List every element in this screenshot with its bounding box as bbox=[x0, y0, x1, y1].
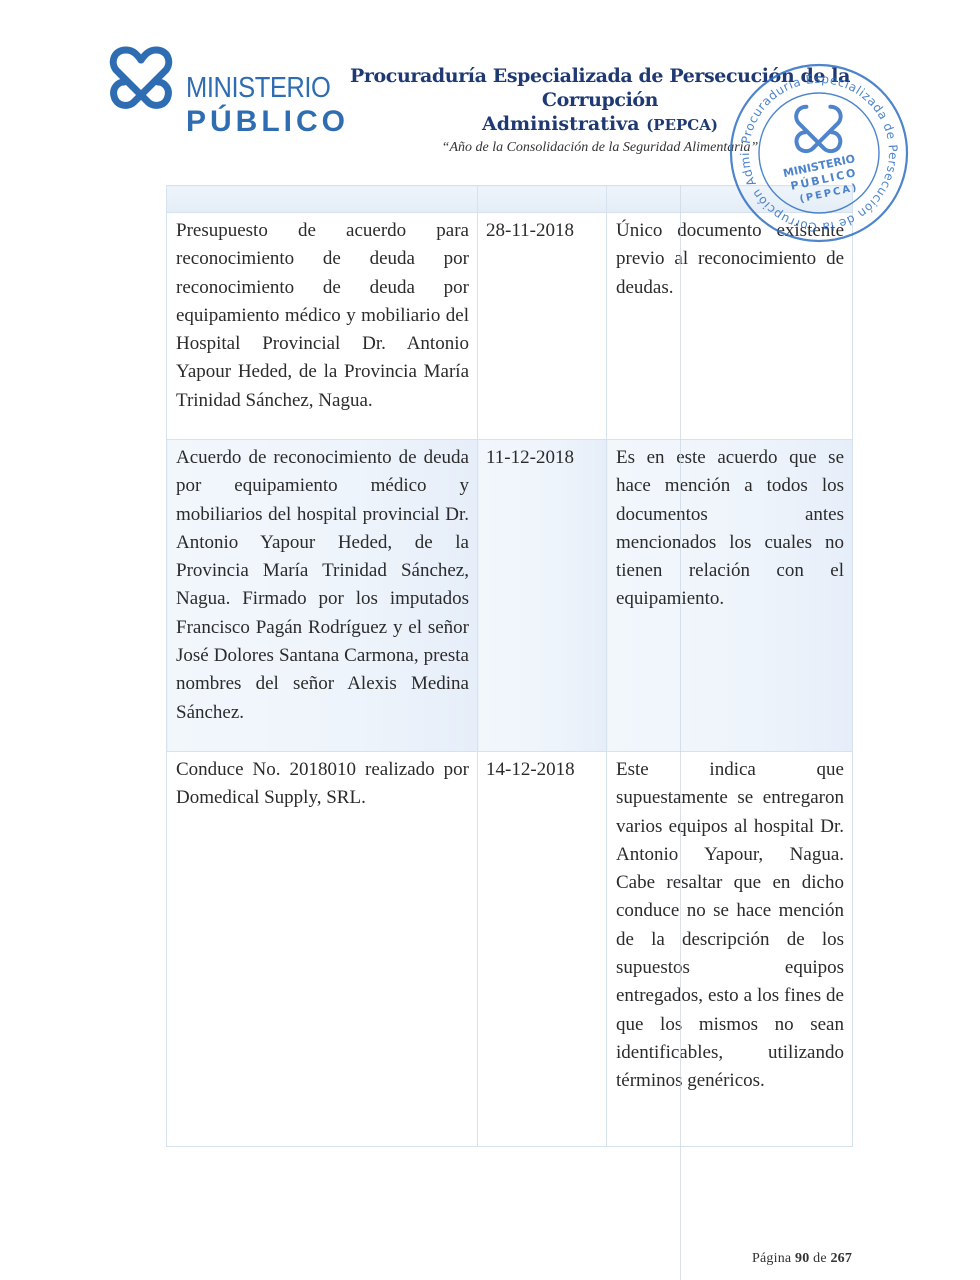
institution-title-word: Administrativa bbox=[482, 113, 640, 135]
table-row: Conduce No. 2018010 realizado por Domedi… bbox=[167, 752, 853, 1147]
header-cell bbox=[478, 186, 607, 213]
page-number: Página 90 de 267 bbox=[752, 1251, 852, 1267]
institution-abbreviation: (PEPCA) bbox=[646, 116, 718, 134]
institution-heading: Procuraduría Especializada de Persecució… bbox=[300, 64, 900, 156]
document-date: 14-12-2018 bbox=[478, 752, 606, 784]
page-current: 90 bbox=[795, 1251, 809, 1266]
ministerio-publico-logo-icon bbox=[108, 44, 174, 118]
table-header-row bbox=[167, 186, 853, 213]
table-row: Acuerdo de reconocimiento de deuda por e… bbox=[167, 440, 853, 752]
document-observation: Es en este acuerdo que se hace mención a… bbox=[607, 440, 852, 614]
document-observation: Único documento existente previo al reco… bbox=[607, 213, 852, 302]
page-label: Página bbox=[752, 1251, 791, 1266]
institution-title-line1: Procuraduría Especializada de Persecució… bbox=[300, 64, 900, 112]
scan-artifact-line bbox=[680, 185, 681, 1280]
documents-table: Presupuesto de acuerdo para reconocimien… bbox=[166, 185, 852, 1147]
document-description: Conduce No. 2018010 realizado por Domedi… bbox=[167, 752, 477, 813]
stamp-center-line1: MINISTERIO bbox=[782, 152, 856, 180]
document-observation: Este indica que supuestamente se entrega… bbox=[607, 752, 852, 1096]
year-motto: “Año de la Consolidación de la Seguridad… bbox=[300, 140, 900, 156]
header-cell bbox=[167, 186, 478, 213]
page-of: de bbox=[813, 1251, 827, 1266]
document-date: 28-11-2018 bbox=[478, 213, 606, 245]
document-description: Presupuesto de acuerdo para reconocimien… bbox=[167, 213, 477, 415]
header-cell bbox=[607, 186, 853, 213]
institution-title-line2: Administrativa (PEPCA) bbox=[300, 112, 900, 137]
table-row: Presupuesto de acuerdo para reconocimien… bbox=[167, 213, 853, 440]
document-description: Acuerdo de reconocimiento de deuda por e… bbox=[167, 440, 477, 727]
document-date: 11-12-2018 bbox=[478, 440, 606, 472]
page-total: 267 bbox=[830, 1251, 852, 1266]
